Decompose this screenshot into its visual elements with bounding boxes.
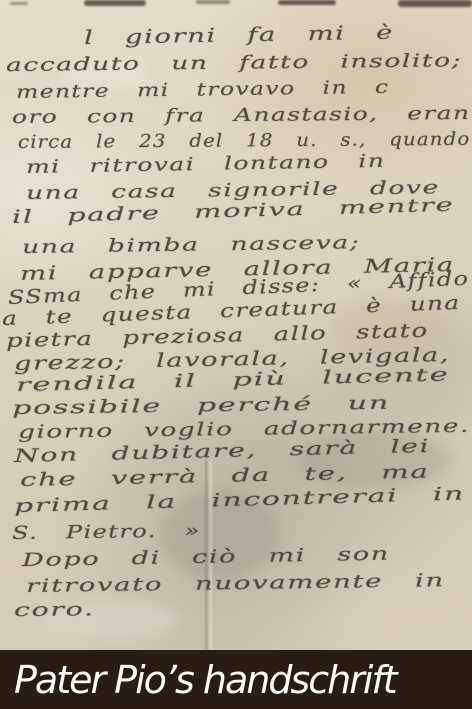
- handwriting-line: Dopo di ciò mi son: [22, 545, 390, 571]
- letter-photo: l giorni fa mi èaccaduto un fatto insoli…: [0, 0, 472, 650]
- handwriting-line: S. Pietro. »: [12, 521, 201, 544]
- handwriting-line: oro con fra Anastasio, eran: [12, 104, 471, 128]
- handwriting-line: ritrovato nuovamente in: [26, 571, 445, 597]
- handwriting-lines: l giorni fa mi èaccaduto un fatto insoli…: [0, 0, 472, 650]
- handwriting-line: l giorni fa mi è: [84, 23, 394, 48]
- handwriting-line: accaduto un fatto insolito;: [6, 51, 462, 76]
- handwriting-line: possibile perché un: [12, 394, 390, 419]
- handwriting-line: circa le 23 del 18 u. s., quando: [18, 130, 471, 153]
- handwriting-line: mentre mi trovavo in c: [16, 78, 390, 103]
- handwriting-line: coro.: [14, 600, 95, 621]
- handwriting-line: mi ritrovai lontano in: [26, 152, 386, 178]
- screenshot-root: l giorni fa mi èaccaduto un fatto insoli…: [0, 0, 472, 709]
- caption-text: Pater Pio’s handschrift: [0, 658, 396, 702]
- handwriting-line: una bimba nasceva;: [22, 233, 361, 258]
- caption-bar: Pater Pio’s handschrift: [0, 650, 472, 709]
